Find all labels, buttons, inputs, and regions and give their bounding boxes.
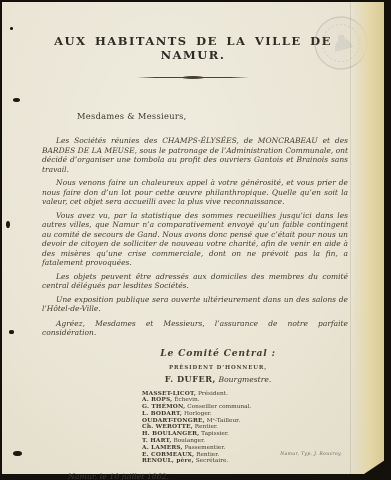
- member-role: Rentier.: [196, 452, 219, 458]
- member-name: MASSET-LICOT,: [142, 391, 196, 397]
- member-name: A. LAMERS,: [142, 445, 183, 451]
- printer-credit: Namur, Typ. J. Rouvroy.: [280, 452, 342, 457]
- committee-member: H. BOULANGER, Tapissier.: [142, 431, 294, 438]
- member-name: F. DUFER,: [165, 374, 216, 384]
- salutation: Mesdames & Messieurs,: [77, 111, 384, 121]
- member-role: Tapissier.: [201, 431, 229, 437]
- committee-member: A. LAMERS, Passementier.: [142, 445, 294, 452]
- member-role: Président.: [198, 391, 228, 397]
- member-role: Bourgmestre.: [219, 375, 272, 384]
- committee-member: Ch. WEROTTE, Rentier.: [142, 424, 294, 431]
- member-name: L. BODART,: [142, 411, 182, 417]
- committee-member: L. BODART, Horloger.: [142, 411, 294, 418]
- member-role: Passementier.: [185, 445, 226, 451]
- honorary-president-title: PRÉSIDENT D’HONNEUR,: [112, 365, 324, 371]
- member-role: Secrétaire.: [196, 458, 229, 464]
- member-name: Ch. WEROTTE,: [142, 424, 193, 430]
- paragraph: Les objets peuvent être adressés aux dom…: [42, 272, 348, 291]
- paragraph: Les Sociétés réunies des CHAMPS-ÉLYSÉES,…: [42, 136, 348, 174]
- body-paragraphs: Les Sociétés réunies des CHAMPS-ÉLYSÉES,…: [42, 136, 348, 314]
- scanned-document: AUX HABITANTS DE LA VILLE DE NAMUR. Mesd…: [0, 0, 391, 480]
- scan-speck: [13, 98, 20, 102]
- scan-speck: [13, 451, 22, 456]
- member-name: H. BOULANGER,: [142, 431, 199, 437]
- member-name: T. HART,: [142, 438, 172, 444]
- member-role: Conseiller communal.: [187, 404, 251, 410]
- paragraph: Nous venons faire un chaleureux appel à …: [42, 178, 348, 207]
- paragraph: Une exposition publique sera ouverte ult…: [42, 295, 348, 314]
- page-crease: [350, 2, 351, 474]
- committee-member: RENOUL, père, Secrétaire.: [142, 458, 294, 465]
- member-role: Rentier.: [195, 424, 218, 430]
- member-role: Boulanger.: [173, 438, 205, 444]
- scan-speck: [6, 221, 10, 228]
- member-role: Horloger.: [184, 411, 212, 417]
- scan-speck: [9, 330, 14, 334]
- paper: AUX HABITANTS DE LA VILLE DE NAMUR. Mesd…: [2, 2, 384, 474]
- committee-member-list: MASSET-LICOT, Président. A. ROPS, Échevi…: [142, 391, 294, 466]
- closing-line: Agréez, Mesdames et Messieurs, l’assuran…: [42, 319, 348, 338]
- member-name: OUDART-TONGRE,: [142, 418, 205, 424]
- honorary-president: F. DUFER, Bourgmestre.: [112, 374, 324, 384]
- ornament-divider: [137, 75, 249, 81]
- member-role: Mᵉ-Tailleur.: [207, 418, 241, 424]
- committee-member: T. HART, Boulanger.: [142, 438, 294, 445]
- committee-member: OUDART-TONGRE, Mᵉ-Tailleur.: [142, 418, 294, 425]
- paragraph: Vous avez vu, par la statistique des som…: [42, 211, 348, 268]
- circular-ink-stamp: [306, 8, 376, 78]
- member-name: A. ROPS,: [142, 397, 172, 403]
- scan-speck: [10, 27, 13, 30]
- scan-corner-shadow: [355, 456, 391, 480]
- scan-edge-strip: [351, 2, 384, 474]
- member-name: RENOUL, père,: [142, 458, 194, 464]
- closing-wrap: Agréez, Mesdames et Messieurs, l’assuran…: [42, 319, 348, 338]
- member-name: E. CORMEAUX,: [142, 452, 194, 458]
- page-title: AUX HABITANTS DE LA VILLE DE NAMUR.: [28, 34, 358, 62]
- member-name: G. THÉMON,: [142, 404, 185, 410]
- committee-heading: Le Comité Central :: [112, 348, 324, 359]
- committee-block: Le Comité Central : PRÉSIDENT D’HONNEUR,…: [112, 348, 324, 466]
- dateline: Namur, le 10 juillet 1862.: [68, 472, 384, 480]
- committee-member: G. THÉMON, Conseiller communal.: [142, 404, 294, 411]
- member-role: Échevin.: [174, 397, 199, 403]
